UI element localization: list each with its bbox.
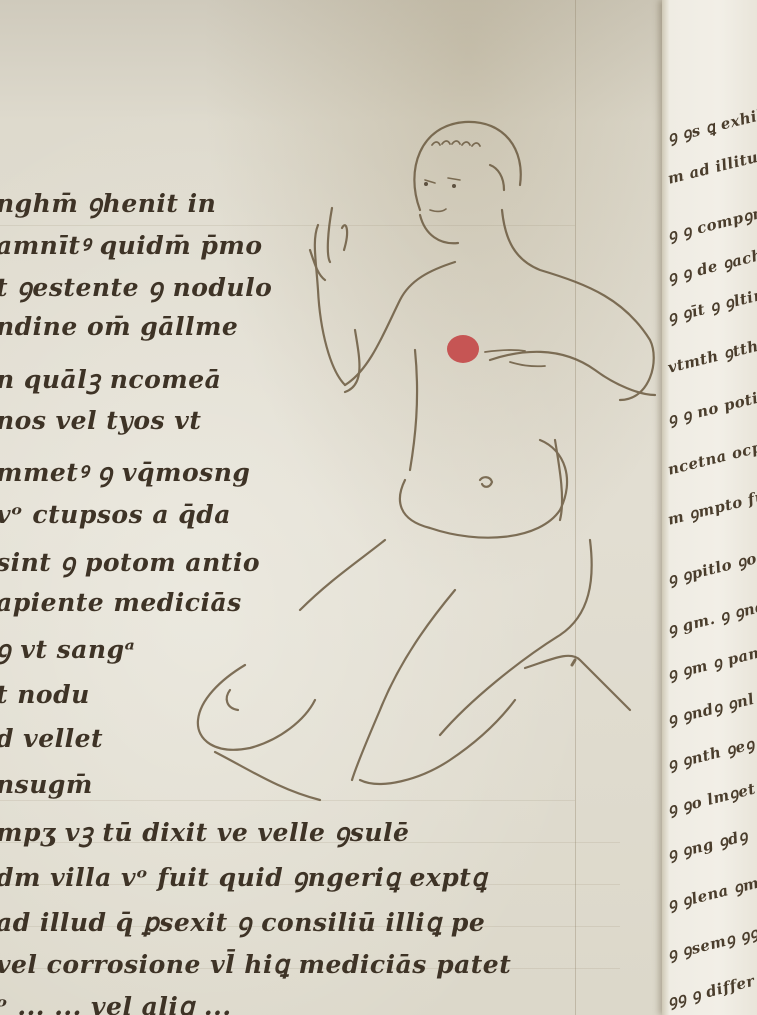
text-line: t nodu — [0, 680, 90, 709]
text-line: vel corrosione vl̄ hiꝗ mediciās patet — [0, 950, 511, 979]
text-line: mpʒ vꝫ tū dixit ve velle ꝯsulē — [0, 815, 409, 849]
text-line: d vellet — [0, 724, 103, 753]
ruling-line — [0, 225, 575, 226]
text-line: sint ꝯ potom antio — [0, 545, 260, 579]
text-line: t ꝯestente ꝯ nodulo — [0, 270, 272, 304]
text-line: nos vel tyos vt — [0, 406, 201, 435]
text-line: amnītꝰ quidm̄ p̄mo — [0, 228, 263, 262]
text-line: nghm̄ ꝯhenit in — [0, 186, 216, 220]
text-line: ndine om̄ gāllme — [0, 312, 238, 341]
text-line: dm villa vᵒ fuit quid ꝯngeriꝗ exptꝗ — [0, 860, 487, 894]
text-line: mmetꝰ ꝯ vq̄mosng — [0, 455, 250, 489]
text-line: n quālꝫ ncomeā — [0, 362, 221, 396]
ruling-line — [0, 800, 575, 801]
text-line: nsugm̄ — [0, 770, 93, 799]
text-line: ꝯ vt sangᵃ — [0, 632, 135, 666]
text-line: apiente mediciās — [0, 588, 242, 617]
text-line: ad illud q̄ ꝑsexit ꝯ consiliū illiꝗ pe — [0, 905, 485, 939]
text-line: ᵒ ... ... vel aliꝗ ... — [0, 992, 232, 1015]
ruling-line — [575, 0, 576, 1015]
text-line: vᵒ ctupsos a q̄da — [0, 500, 231, 529]
